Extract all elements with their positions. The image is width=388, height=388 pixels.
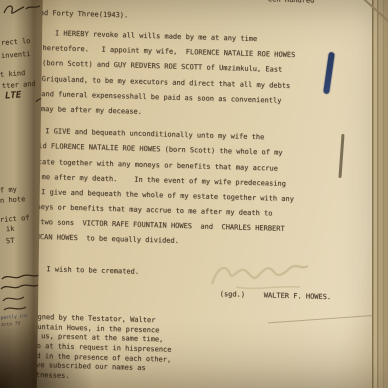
revocation-clause: I HEREBY revoke all wills made by me at … — [41, 26, 355, 126]
ghost-signature — [206, 256, 314, 294]
binding-shadow — [0, 313, 95, 388]
page-edge-stack — [372, 0, 388, 388]
date-fragment: een Hundred — [268, 0, 315, 5]
will-photograph: rect lo inventi t kind tter and LTE f my… — [0, 0, 388, 388]
bequest-clause: I GIVE and bequeath unconditionally unto… — [27, 124, 352, 254]
